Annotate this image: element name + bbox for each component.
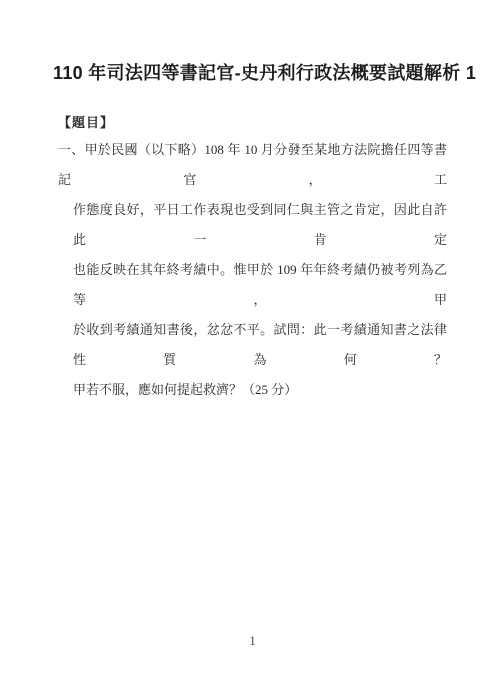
document-page: 110 年司法四等書記官-史丹利行政法概要試題解析 1 【題目】 一、甲於民國（… (0, 0, 495, 700)
question-block: 一、甲於民國（以下略）108 年 10 月分發至某地方法院擔任四等書記官，工 作… (58, 135, 447, 405)
section-heading-topic: 【題目】 (58, 112, 114, 131)
page-number: 1 (58, 633, 447, 649)
question-line-2: 作態度良好，平日工作表現也受到同仁與主管之肯定，因此自許此一肯定 (58, 195, 447, 255)
question-line-1: 一、甲於民國（以下略）108 年 10 月分發至某地方法院擔任四等書記官，工 (58, 135, 447, 195)
question-line-5: 甲若不服，應如何提起救濟？（25 分） (58, 375, 447, 405)
question-line-4: 於收到考績通知書後，忿忿不平。試問：此一考績通知書之法律性質為何？ (58, 315, 447, 375)
question-line-3: 也能反映在其年終考績中。惟甲於 109 年年終考績仍被考列為乙等，甲 (58, 255, 447, 315)
document-title: 110 年司法四等書記官-史丹利行政法概要試題解析 1 (53, 59, 452, 85)
